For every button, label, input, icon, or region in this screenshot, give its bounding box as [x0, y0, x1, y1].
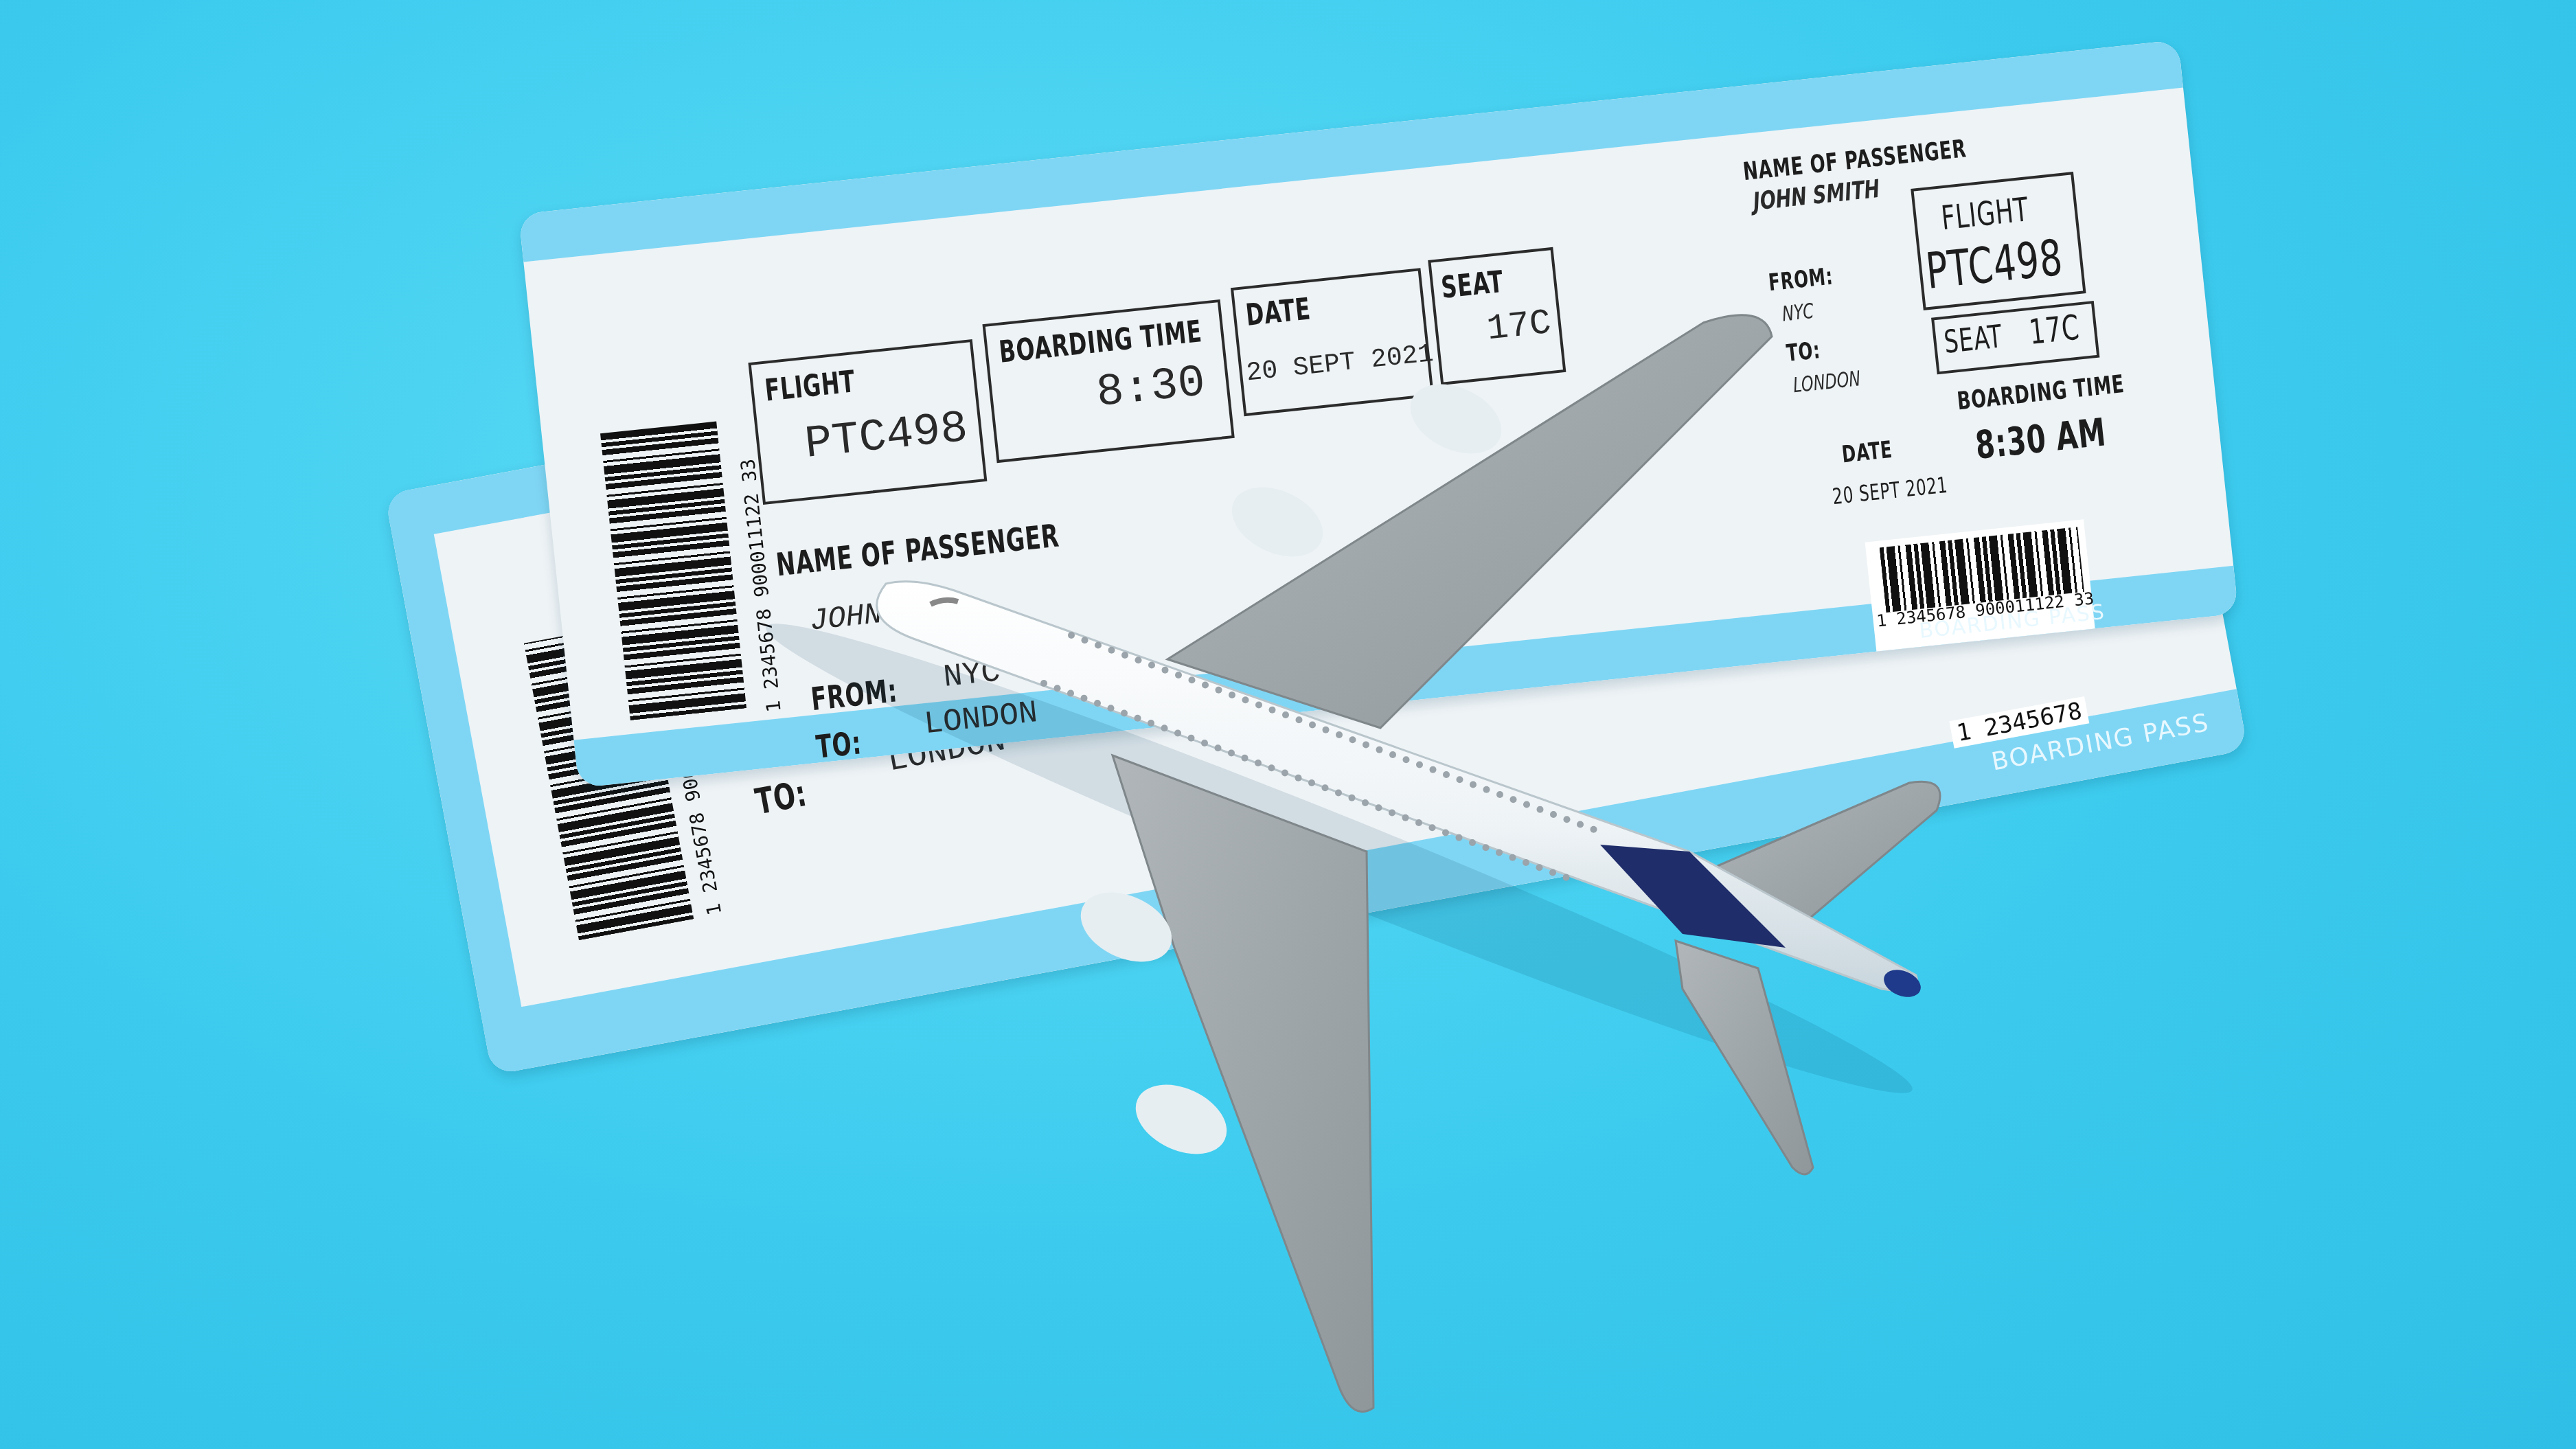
engine-icon [1221, 474, 1334, 571]
engine-icon [1125, 1071, 1238, 1168]
toy-airplane [0, 0, 2576, 1449]
lower-wing [1113, 755, 1374, 1412]
